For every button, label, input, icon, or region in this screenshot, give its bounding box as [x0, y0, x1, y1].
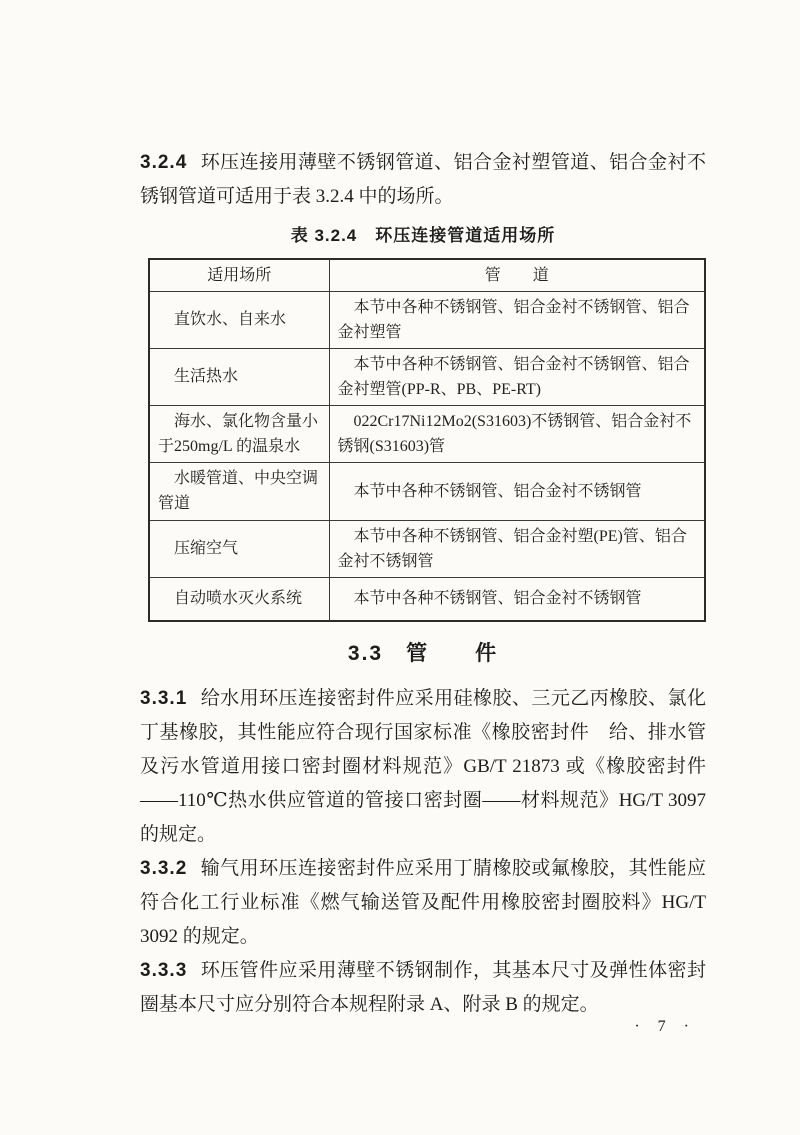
page-number: · 7 ·: [140, 1018, 706, 1036]
clause-text: 给水用环压连接密封件应采用硅橡胶、三元乙丙橡胶、氯化丁基橡胶，其性能应符合现行国…: [140, 688, 706, 845]
col-header-place: 适用场所: [149, 259, 329, 291]
pipes-cell: 022Cr17Ni12Mo2(S31603)不锈钢管、铝合金衬不锈钢(S3160…: [329, 405, 705, 462]
clause-text: 环压管件应采用薄壁不锈钢制作，其基本尺寸及弹性体密封圈基本尺寸应分别符合本规程附…: [140, 960, 706, 1015]
document-page: 3.2.4环压连接用薄壁不锈钢管道、铝合金衬塑管道、铝合金衬不锈钢管道可适用于表…: [0, 0, 800, 1135]
clauses-block: 3.3.1给水用环压连接密封件应采用硅橡胶、三元乙丙橡胶、氯化丁基橡胶，其性能应…: [140, 682, 706, 1022]
pipes-text: 本节中各种不锈钢管、铝合金衬不锈钢管: [338, 479, 697, 504]
table-header-row: 适用场所 管 道: [149, 259, 705, 291]
table-row: 自动喷水灭火系统 本节中各种不锈钢管、铝合金衬不锈钢管: [149, 577, 705, 621]
place-cell: 水暖管道、中央空调管道: [149, 462, 329, 520]
clause-3-3-2: 3.3.2输气用环压连接密封件应采用丁腈橡胶或氟橡胶，其性能应符合化工行业标准《…: [140, 852, 706, 954]
page-content: 3.2.4环压连接用薄壁不锈钢管道、铝合金衬塑管道、铝合金衬不锈钢管道可适用于表…: [140, 146, 706, 1022]
place-cell: 自动喷水灭火系统: [149, 577, 329, 621]
pipes-text: 本节中各种不锈钢管、铝合金衬不锈钢管、铝合金衬塑管(PP-R、PB、PE-RT): [338, 352, 697, 402]
pipes-text: 本节中各种不锈钢管、铝合金衬塑(PE)管、铝合金衬不锈钢管: [338, 524, 697, 574]
section-3-3-title: 3.3 管 件: [140, 639, 706, 669]
place-text: 直饮水、自来水: [158, 307, 321, 332]
pipes-cell: 本节中各种不锈钢管、铝合金衬塑(PE)管、铝合金衬不锈钢管: [329, 520, 705, 577]
clause-number: 3.3.2: [140, 858, 187, 879]
clause-text: 输气用环压连接密封件应采用丁腈橡胶或氟橡胶，其性能应符合化工行业标准《燃气输送管…: [140, 858, 706, 947]
place-text: 自动喷水灭火系统: [158, 586, 321, 611]
pipes-cell: 本节中各种不锈钢管、铝合金衬不锈钢管: [329, 577, 705, 621]
clause-number: 3.3.1: [140, 688, 187, 709]
pipes-cell: 本节中各种不锈钢管、铝合金衬不锈钢管、铝合金衬塑管: [329, 291, 705, 348]
col-header-pipe: 管 道: [329, 259, 705, 291]
table-row: 生活热水 本节中各种不锈钢管、铝合金衬不锈钢管、铝合金衬塑管(PP-R、PB、P…: [149, 348, 705, 405]
clause-number: 3.3.3: [140, 960, 187, 981]
place-text: 水暖管道、中央空调管道: [158, 466, 321, 516]
clause-3-3-1: 3.3.1给水用环压连接密封件应采用硅橡胶、三元乙丙橡胶、氯化丁基橡胶，其性能应…: [140, 682, 706, 852]
pipe-application-table: 适用场所 管 道 直饮水、自来水 本节中各种不锈钢管、铝合金衬不锈钢管、铝合金衬…: [148, 258, 706, 622]
clause-number: 3.2.4: [140, 152, 187, 173]
pipes-cell: 本节中各种不锈钢管、铝合金衬不锈钢管、铝合金衬塑管(PP-R、PB、PE-RT): [329, 348, 705, 405]
clause-text: 环压连接用薄壁不锈钢管道、铝合金衬塑管道、铝合金衬不锈钢管道可适用于表 3.2.…: [140, 152, 706, 207]
place-cell: 生活热水: [149, 348, 329, 405]
pipes-text: 本节中各种不锈钢管、铝合金衬不锈钢管、铝合金衬塑管: [338, 295, 697, 345]
table-row: 压缩空气 本节中各种不锈钢管、铝合金衬塑(PE)管、铝合金衬不锈钢管: [149, 520, 705, 577]
place-cell: 直饮水、自来水: [149, 291, 329, 348]
table-row: 海水、氯化物含量小于250mg/L 的温泉水 022Cr17Ni12Mo2(S3…: [149, 405, 705, 462]
place-text: 压缩空气: [158, 536, 321, 561]
pipes-text: 本节中各种不锈钢管、铝合金衬不锈钢管: [338, 586, 697, 611]
place-text: 生活热水: [158, 364, 321, 389]
clause-3-3-3: 3.3.3环压管件应采用薄壁不锈钢制作，其基本尺寸及弹性体密封圈基本尺寸应分别符…: [140, 954, 706, 1022]
table-row: 直饮水、自来水 本节中各种不锈钢管、铝合金衬不锈钢管、铝合金衬塑管: [149, 291, 705, 348]
place-text: 海水、氯化物含量小于250mg/L 的温泉水: [158, 409, 321, 459]
table-caption: 表 3.2.4 环压连接管道适用场所: [140, 223, 706, 249]
place-cell: 海水、氯化物含量小于250mg/L 的温泉水: [149, 405, 329, 462]
table-row: 水暖管道、中央空调管道 本节中各种不锈钢管、铝合金衬不锈钢管: [149, 462, 705, 520]
pipes-text: 022Cr17Ni12Mo2(S31603)不锈钢管、铝合金衬不锈钢(S3160…: [338, 409, 697, 459]
place-cell: 压缩空气: [149, 520, 329, 577]
clause-3-2-4: 3.2.4环压连接用薄壁不锈钢管道、铝合金衬塑管道、铝合金衬不锈钢管道可适用于表…: [140, 146, 706, 214]
pipes-cell: 本节中各种不锈钢管、铝合金衬不锈钢管: [329, 462, 705, 520]
